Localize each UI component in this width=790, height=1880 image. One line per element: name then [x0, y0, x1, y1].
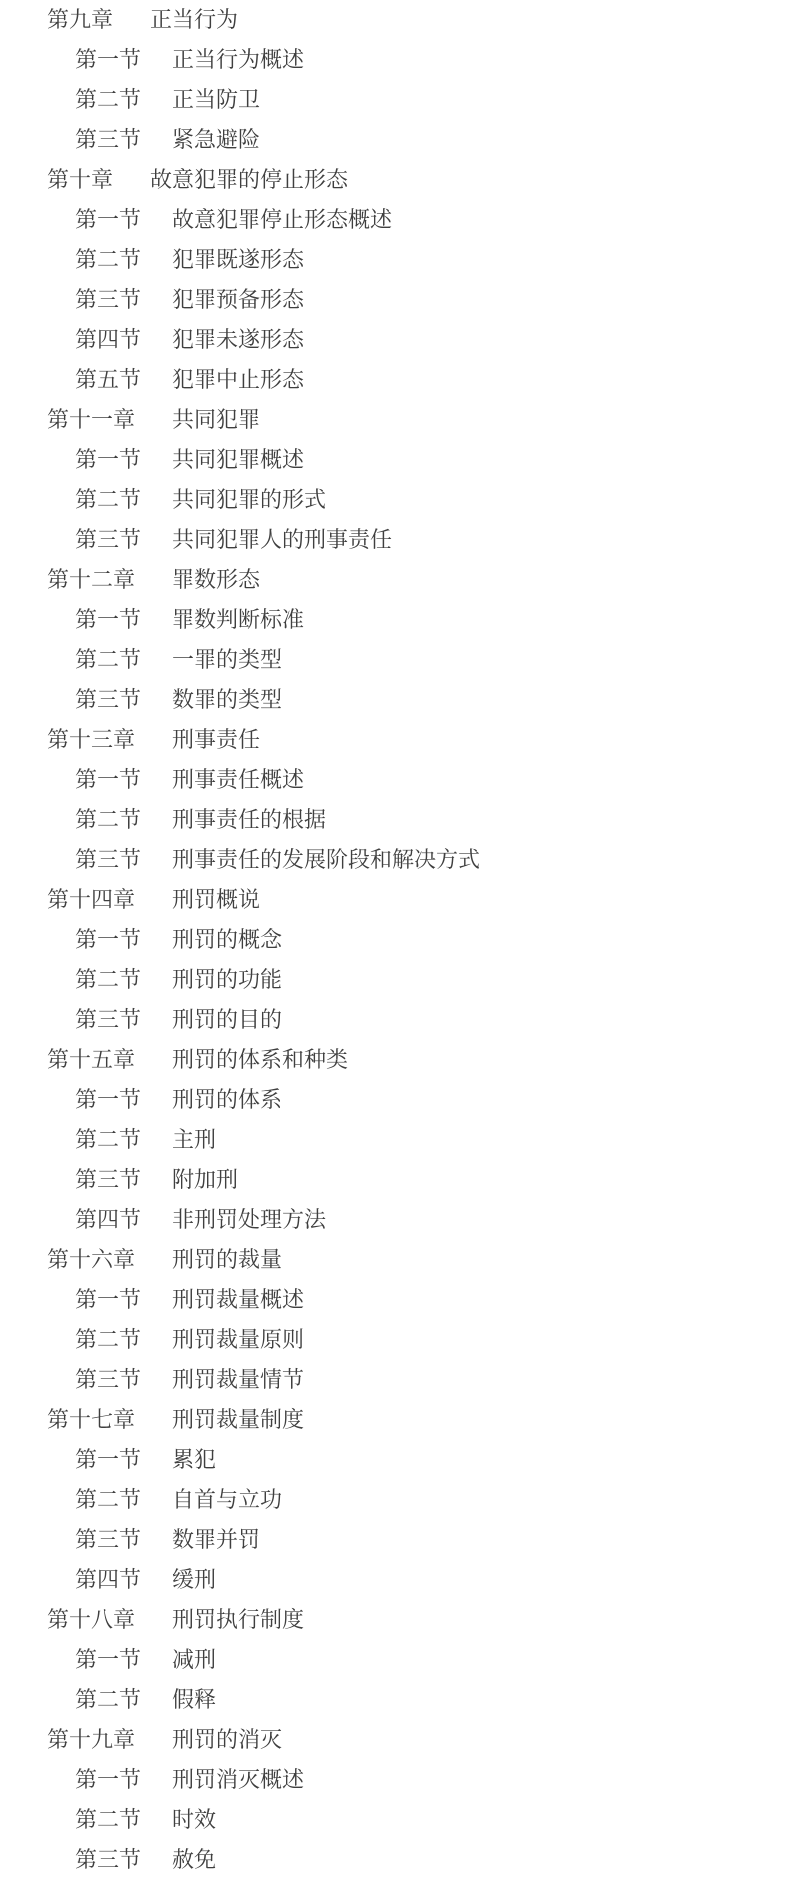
entry-title: 刑罚执行制度	[172, 1600, 304, 1640]
toc-entry[interactable]: 第二节自首与立功	[0, 1480, 790, 1520]
toc-entry[interactable]: 第一节刑罚裁量概述	[0, 1280, 790, 1320]
entry-title: 共同犯罪的形式	[172, 480, 326, 520]
toc-entry[interactable]: 第五节犯罪中止形态	[0, 360, 790, 400]
toc-entry[interactable]: 第三节犯罪预备形态	[0, 280, 790, 320]
entry-title: 累犯	[172, 1440, 216, 1480]
entry-label: 第一节	[75, 1087, 141, 1112]
toc-entry[interactable]: 第十九章刑罚的消灭	[0, 1720, 790, 1760]
toc-entry[interactable]: 第三节附加刑	[0, 1160, 790, 1200]
toc-entry[interactable]: 第一节刑罚消灭概述	[0, 1760, 790, 1800]
entry-label: 第一节	[75, 927, 141, 952]
entry-title: 犯罪未遂形态	[172, 320, 304, 360]
toc-list: 第九章正当行为第一节正当行为概述第二节正当防卫第三节紧急避险第十章故意犯罪的停止…	[0, 0, 790, 1880]
entry-title: 刑事责任概述	[172, 760, 304, 800]
entry-label: 第十八章	[47, 1607, 135, 1632]
entry-label: 第一节	[75, 207, 141, 232]
entry-label: 第三节	[75, 687, 141, 712]
entry-title: 刑罚的目的	[172, 1000, 282, 1040]
entry-title: 共同犯罪概述	[172, 440, 304, 480]
toc-entry[interactable]: 第二节主刑	[0, 1120, 790, 1160]
toc-entry[interactable]: 第三节数罪并罚	[0, 1520, 790, 1560]
toc-entry[interactable]: 第十四章刑罚概说	[0, 880, 790, 920]
entry-title: 刑罚裁量原则	[172, 1320, 304, 1360]
entry-title: 正当行为	[150, 0, 238, 40]
entry-title: 刑事责任	[172, 720, 260, 760]
entry-title: 时效	[172, 1800, 216, 1840]
toc-page: 第九章正当行为第一节正当行为概述第二节正当防卫第三节紧急避险第十章故意犯罪的停止…	[0, 0, 790, 1880]
entry-title: 刑事责任的根据	[172, 800, 326, 840]
toc-entry[interactable]: 第四节缓刑	[0, 1560, 790, 1600]
toc-entry[interactable]: 第十八章刑罚执行制度	[0, 1600, 790, 1640]
entry-title: 刑罚概说	[172, 880, 260, 920]
entry-label: 第三节	[75, 1527, 141, 1552]
entry-title: 紧急避险	[172, 120, 260, 160]
entry-title: 正当行为概述	[172, 40, 304, 80]
entry-title: 减刑	[172, 1640, 216, 1680]
toc-entry[interactable]: 第二节刑罚裁量原则	[0, 1320, 790, 1360]
toc-entry[interactable]: 第一节刑事责任概述	[0, 760, 790, 800]
entry-title: 故意犯罪停止形态概述	[172, 200, 392, 240]
entry-label: 第二节	[75, 647, 141, 672]
entry-title: 一罪的类型	[172, 640, 282, 680]
entry-title: 刑罚的功能	[172, 960, 282, 1000]
entry-title: 数罪的类型	[172, 680, 282, 720]
entry-label: 第一节	[75, 1287, 141, 1312]
entry-label: 第二节	[75, 1327, 141, 1352]
entry-label: 第二节	[75, 967, 141, 992]
entry-label: 第三节	[75, 527, 141, 552]
toc-entry[interactable]: 第二节正当防卫	[0, 80, 790, 120]
toc-entry[interactable]: 第四节非刑罚处理方法	[0, 1200, 790, 1240]
toc-entry[interactable]: 第一节刑罚的体系	[0, 1080, 790, 1120]
toc-entry[interactable]: 第一节共同犯罪概述	[0, 440, 790, 480]
entry-label: 第四节	[75, 327, 141, 352]
toc-entry[interactable]: 第一节累犯	[0, 1440, 790, 1480]
entry-label: 第十七章	[47, 1407, 135, 1432]
entry-title: 正当防卫	[172, 80, 260, 120]
entry-label: 第二节	[75, 87, 141, 112]
toc-entry[interactable]: 第三节共同犯罪人的刑事责任	[0, 520, 790, 560]
toc-entry[interactable]: 第三节紧急避险	[0, 120, 790, 160]
entry-title: 罪数判断标准	[172, 600, 304, 640]
entry-label: 第四节	[75, 1567, 141, 1592]
entry-label: 第三节	[75, 127, 141, 152]
entry-title: 刑罚消灭概述	[172, 1760, 304, 1800]
toc-entry[interactable]: 第十五章刑罚的体系和种类	[0, 1040, 790, 1080]
toc-entry[interactable]: 第一节刑罚的概念	[0, 920, 790, 960]
entry-label: 第一节	[75, 1767, 141, 1792]
toc-entry[interactable]: 第九章正当行为	[0, 0, 790, 40]
entry-label: 第一节	[75, 1447, 141, 1472]
entry-title: 假释	[172, 1680, 216, 1720]
toc-entry[interactable]: 第三节刑罚裁量情节	[0, 1360, 790, 1400]
entry-label: 第三节	[75, 1007, 141, 1032]
entry-title: 刑事责任的发展阶段和解决方式	[172, 840, 480, 880]
entry-label: 第三节	[75, 847, 141, 872]
toc-entry[interactable]: 第三节刑事责任的发展阶段和解决方式	[0, 840, 790, 880]
entry-title: 犯罪预备形态	[172, 280, 304, 320]
entry-label: 第十二章	[47, 567, 135, 592]
entry-title: 刑罚的概念	[172, 920, 282, 960]
entry-label: 第三节	[75, 1367, 141, 1392]
toc-entry[interactable]: 第一节故意犯罪停止形态概述	[0, 200, 790, 240]
entry-label: 第二节	[75, 1807, 141, 1832]
entry-title: 刑罚裁量概述	[172, 1280, 304, 1320]
toc-entry[interactable]: 第十二章罪数形态	[0, 560, 790, 600]
entry-label: 第一节	[75, 767, 141, 792]
entry-label: 第二节	[75, 807, 141, 832]
entry-label: 第三节	[75, 1167, 141, 1192]
toc-entry[interactable]: 第四节犯罪未遂形态	[0, 320, 790, 360]
entry-title: 数罪并罚	[172, 1520, 260, 1560]
entry-label: 第十九章	[47, 1727, 135, 1752]
entry-label: 第一节	[75, 1647, 141, 1672]
entry-label: 第三节	[75, 287, 141, 312]
entry-label: 第一节	[75, 607, 141, 632]
toc-entry[interactable]: 第二节共同犯罪的形式	[0, 480, 790, 520]
entry-title: 赦免	[172, 1840, 216, 1880]
entry-label: 第二节	[75, 1127, 141, 1152]
entry-label: 第十一章	[47, 407, 135, 432]
entry-label: 第五节	[75, 367, 141, 392]
entry-title: 自首与立功	[172, 1480, 282, 1520]
entry-title: 罪数形态	[172, 560, 260, 600]
toc-entry[interactable]: 第二节一罪的类型	[0, 640, 790, 680]
entry-label: 第二节	[75, 487, 141, 512]
entry-label: 第二节	[75, 1487, 141, 1512]
entry-label: 第一节	[75, 47, 141, 72]
entry-title: 犯罪中止形态	[172, 360, 304, 400]
entry-label: 第三节	[75, 1847, 141, 1872]
toc-entry[interactable]: 第三节数罪的类型	[0, 680, 790, 720]
toc-entry[interactable]: 第一节罪数判断标准	[0, 600, 790, 640]
toc-entry[interactable]: 第二节时效	[0, 1800, 790, 1840]
toc-entry[interactable]: 第二节犯罪既遂形态	[0, 240, 790, 280]
entry-label: 第四节	[75, 1207, 141, 1232]
entry-title: 刑罚的裁量	[172, 1240, 282, 1280]
toc-entry[interactable]: 第二节刑事责任的根据	[0, 800, 790, 840]
entry-title: 刑罚的消灭	[172, 1720, 282, 1760]
entry-label: 第二节	[75, 1687, 141, 1712]
entry-title: 主刑	[172, 1120, 216, 1160]
entry-title: 刑罚的体系	[172, 1080, 282, 1120]
toc-entry[interactable]: 第一节正当行为概述	[0, 40, 790, 80]
entry-label: 第十章	[47, 167, 113, 192]
entry-label: 第十六章	[47, 1247, 135, 1272]
entry-title: 共同犯罪人的刑事责任	[172, 520, 392, 560]
toc-entry[interactable]: 第三节刑罚的目的	[0, 1000, 790, 1040]
entry-title: 刑罚裁量情节	[172, 1360, 304, 1400]
entry-label: 第一节	[75, 447, 141, 472]
toc-entry[interactable]: 第十六章刑罚的裁量	[0, 1240, 790, 1280]
toc-entry[interactable]: 第十一章共同犯罪	[0, 400, 790, 440]
toc-entry[interactable]: 第十章故意犯罪的停止形态	[0, 160, 790, 200]
toc-entry[interactable]: 第二节刑罚的功能	[0, 960, 790, 1000]
entry-title: 刑罚的体系和种类	[172, 1040, 348, 1080]
toc-entry[interactable]: 第二节假释	[0, 1680, 790, 1720]
entry-label: 第十五章	[47, 1047, 135, 1072]
entry-title: 故意犯罪的停止形态	[150, 160, 348, 200]
entry-label: 第十四章	[47, 887, 135, 912]
toc-entry[interactable]: 第十三章刑事责任	[0, 720, 790, 760]
entry-title: 犯罪既遂形态	[172, 240, 304, 280]
entry-title: 非刑罚处理方法	[172, 1200, 326, 1240]
entry-title: 共同犯罪	[172, 400, 260, 440]
entry-title: 缓刑	[172, 1560, 216, 1600]
toc-entry[interactable]: 第三节赦免	[0, 1840, 790, 1880]
entry-title: 附加刑	[172, 1160, 238, 1200]
entry-label: 第九章	[47, 7, 113, 32]
toc-entry[interactable]: 第一节减刑	[0, 1640, 790, 1680]
entry-title: 刑罚裁量制度	[172, 1400, 304, 1440]
entry-label: 第二节	[75, 247, 141, 272]
entry-label: 第十三章	[47, 727, 135, 752]
toc-entry[interactable]: 第十七章刑罚裁量制度	[0, 1400, 790, 1440]
